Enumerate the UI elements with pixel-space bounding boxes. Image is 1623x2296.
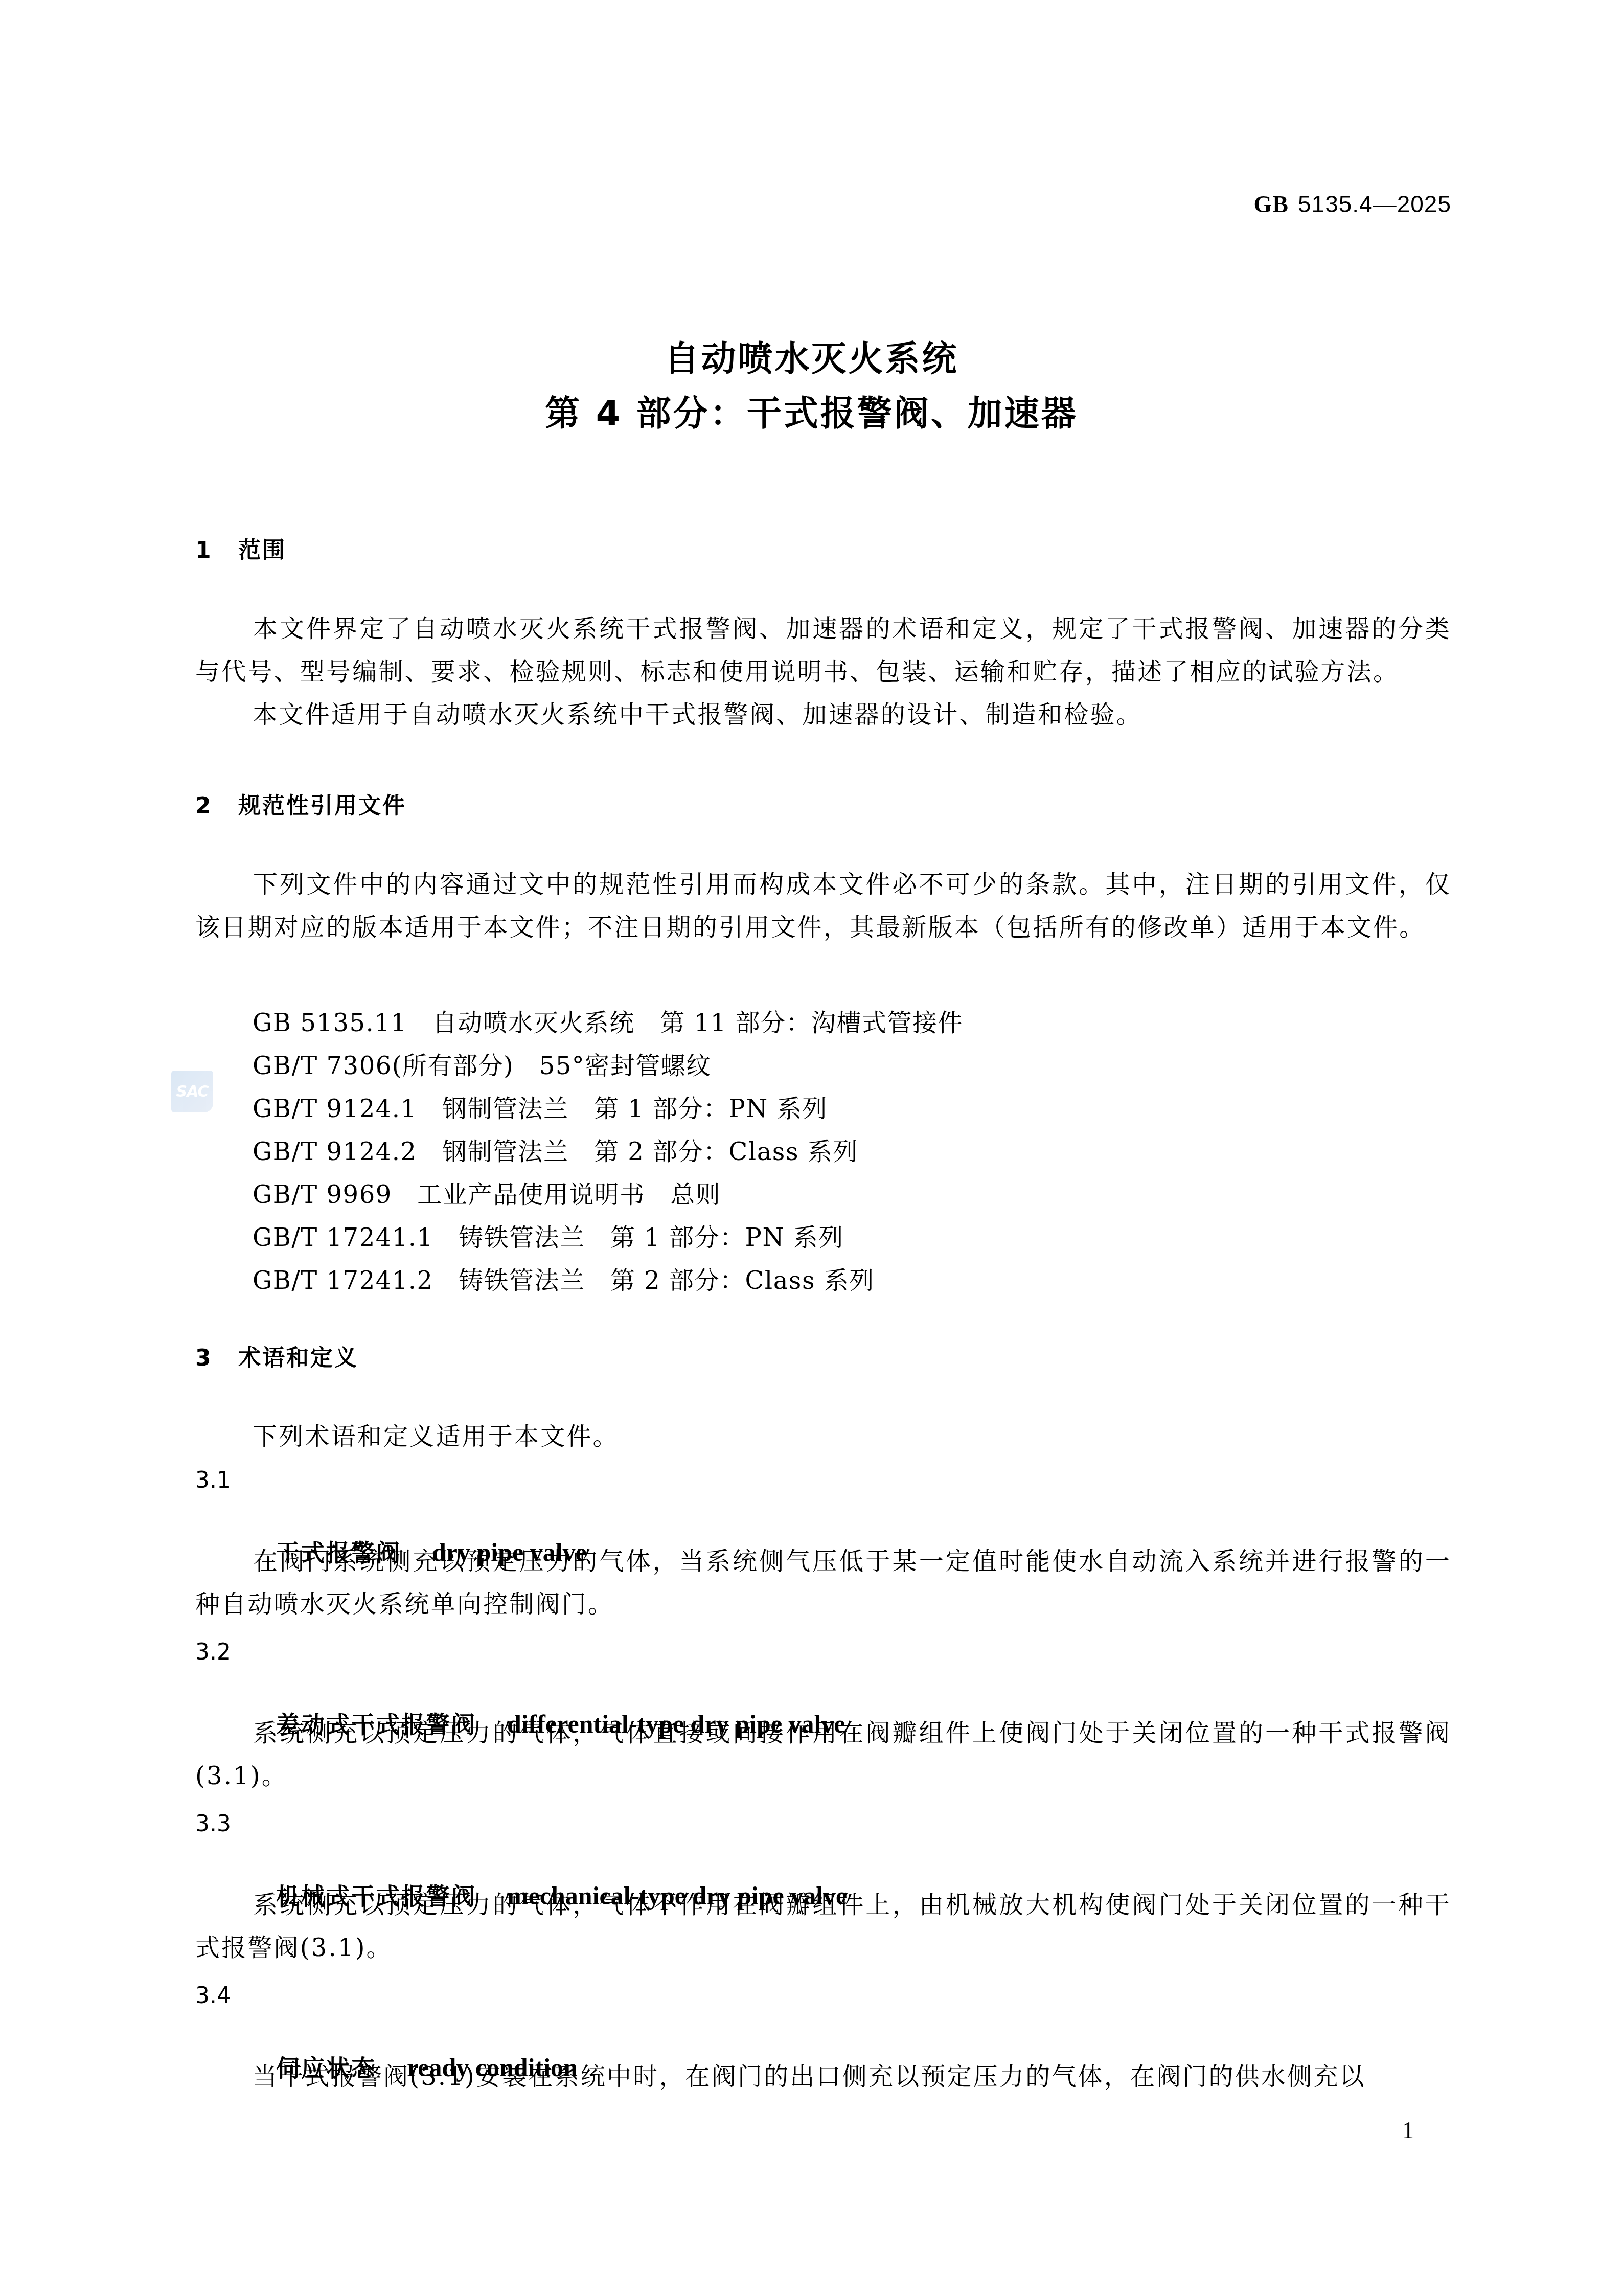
term-number: 3.1 bbox=[195, 1467, 231, 1493]
reference-item: GB/T 9124.2 钢制管法兰 第 2 部分：Class 系列 bbox=[253, 1132, 858, 1167]
section-2-heading: 2规范性引用文件 bbox=[195, 787, 406, 820]
standard-code: 5135.4—2025 bbox=[1298, 191, 1451, 217]
section-title: 范围 bbox=[238, 537, 286, 563]
section-number: 2 bbox=[195, 793, 238, 819]
term-definition: 当干式报警阀(3.1)安装在系统中时，在阀门的出口侧充以预定压力的气体，在阀门的… bbox=[195, 2055, 1451, 2098]
reference-item: GB/T 7306(所有部分) 55°密封管螺纹 bbox=[253, 1046, 712, 1081]
term-number: 3.4 bbox=[195, 1983, 231, 2009]
section-title: 术语和定义 bbox=[238, 1345, 358, 1371]
normative-references-intro: 下列文件中的内容通过文中的规范性引用而构成本文件必不可少的条款。其中，注日期的引… bbox=[195, 863, 1451, 949]
reference-item: GB/T 17241.1 铸铁管法兰 第 1 部分：PN 系列 bbox=[253, 1218, 844, 1253]
document-page: GB5135.4—2025 自动喷水灭火系统 第 4 部分：干式报警阀、加速器 … bbox=[0, 0, 1623, 2296]
reference-item: GB/T 17241.2 铸铁管法兰 第 2 部分：Class 系列 bbox=[253, 1261, 875, 1296]
scope-paragraph-1: 本文件界定了自动喷水灭火系统干式报警阀、加速器的术语和定义，规定了干式报警阀、加… bbox=[195, 607, 1451, 693]
section-3-heading: 3术语和定义 bbox=[195, 1339, 358, 1372]
standard-prefix: GB bbox=[1254, 191, 1289, 217]
term-definition: 系统侧充以预定压力的气体，气体不作用在阀瓣组件上，由机械放大机构使阀门处于关闭位… bbox=[195, 1883, 1451, 1969]
term-number: 3.3 bbox=[195, 1811, 231, 1837]
section-title: 规范性引用文件 bbox=[238, 793, 406, 819]
reference-item: GB/T 9969 工业产品使用说明书 总则 bbox=[253, 1175, 721, 1210]
section-number: 1 bbox=[195, 537, 238, 563]
scope-paragraph-2: 本文件适用于自动喷水灭火系统中干式报警阀、加速器的设计、制造和检验。 bbox=[195, 693, 1451, 736]
section-number: 3 bbox=[195, 1345, 238, 1371]
section-1-heading: 1范围 bbox=[195, 532, 286, 564]
reference-item: GB/T 9124.1 钢制管法兰 第 1 部分：PN 系列 bbox=[253, 1089, 828, 1124]
term-definition: 系统侧充以预定压力的气体，气体直接或间接作用在阀瓣组件上使阀门处于关闭位置的一种… bbox=[195, 1712, 1451, 1798]
term-number: 3.2 bbox=[195, 1639, 231, 1665]
page-number: 1 bbox=[1402, 2117, 1414, 2144]
term-definition: 在阀门系统侧充以预定压力的气体，当系统侧气压低于某一定值时能使水自动流入系统并进… bbox=[195, 1540, 1451, 1626]
document-title-line-2: 第 4 部分：干式报警阀、加速器 bbox=[0, 386, 1623, 436]
terms-intro: 下列术语和定义适用于本文件。 bbox=[195, 1415, 1451, 1458]
sac-watermark-logo: SAC bbox=[171, 1071, 213, 1112]
document-title-line-1: 自动喷水灭火系统 bbox=[0, 331, 1623, 381]
reference-item: GB 5135.11 自动喷水灭火系统 第 11 部分：沟槽式管接件 bbox=[253, 1003, 963, 1038]
standard-number: GB5135.4—2025 bbox=[1254, 190, 1452, 218]
